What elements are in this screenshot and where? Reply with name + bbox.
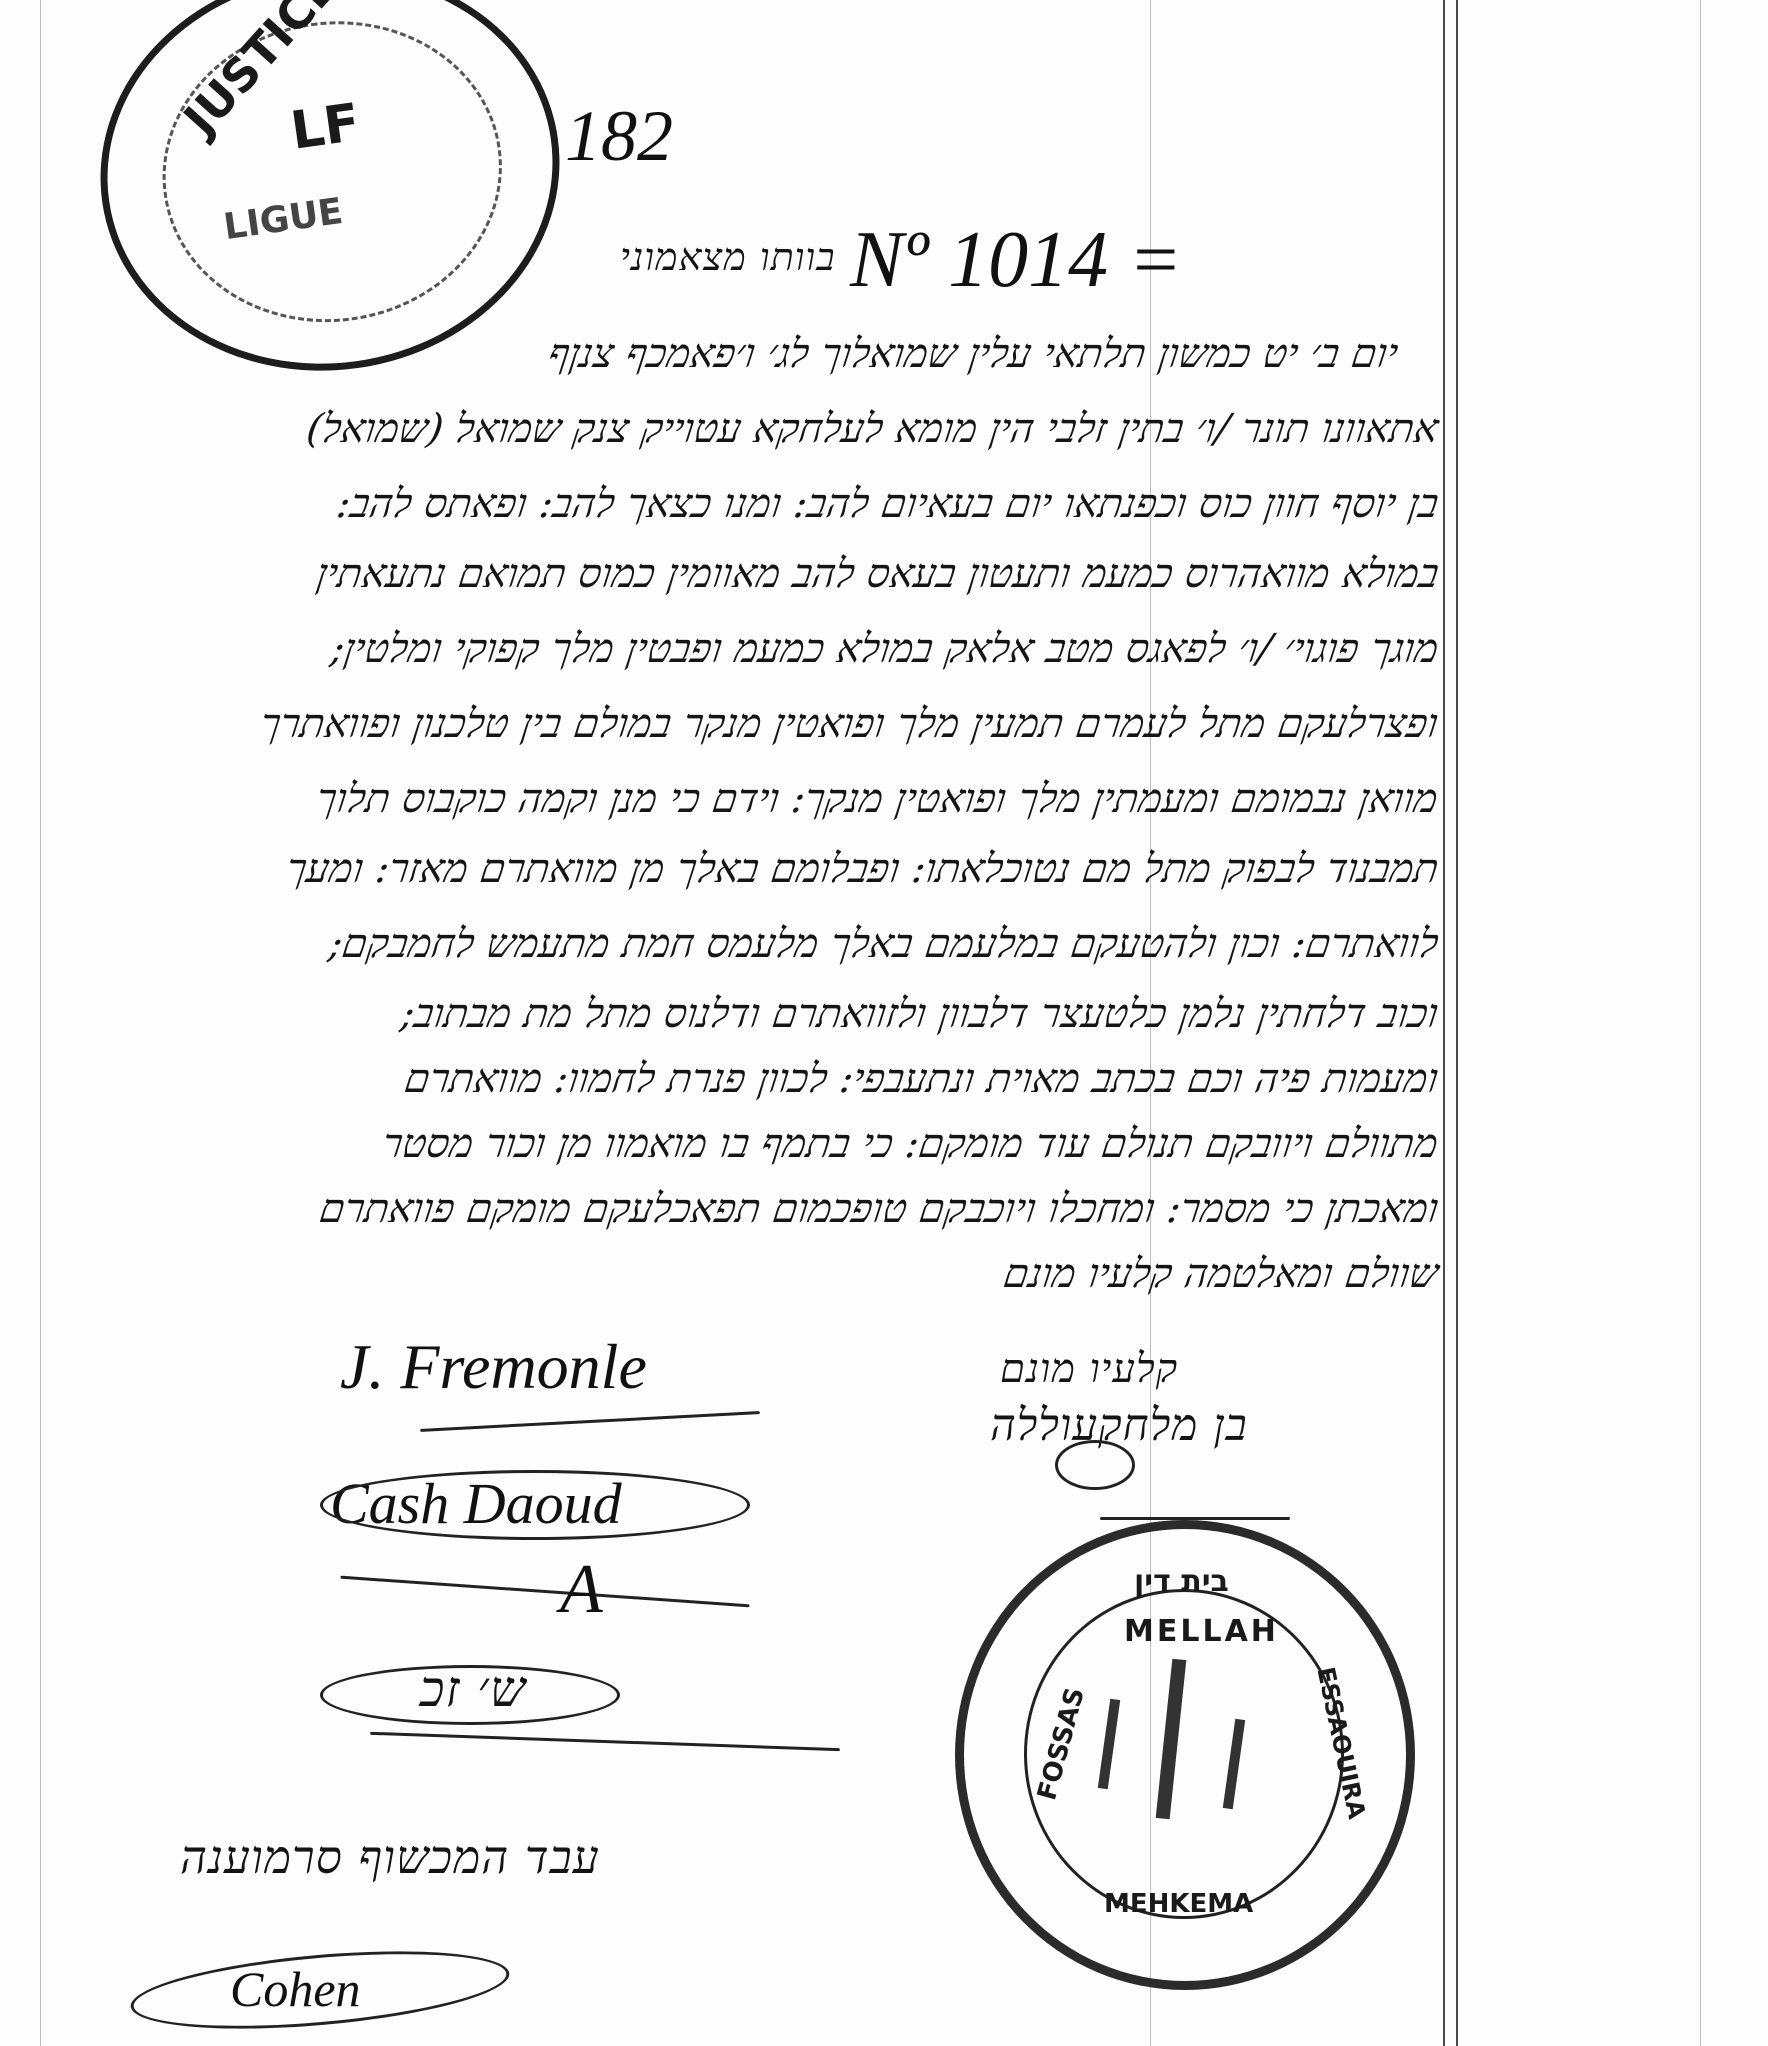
body-line-6: ופצרלעקם מתל לעמרם תמעין מלך ופואטין מנק… [258,700,1441,747]
left-margin-rule [40,0,41,2046]
stamp-bottom-text: MEHKEMA [1104,1889,1253,1919]
justice-stamp-inner-ring [143,0,521,344]
signature-4-flourish [320,1665,620,1725]
signature-6-flourish [128,1939,513,2042]
right-signature-loop [1055,1440,1135,1490]
body-line-3: בן יוסף חוון כוס וכפנתאו יום בעאיום להב:… [333,480,1441,527]
right-signature-line-2: בן מלחקעוללה [990,1400,1248,1451]
body-line-5: מוגך פוגוי׳ /ו׳ לפאגס מטב אלאק במולא כמע… [327,625,1441,672]
double-rule-right [1456,0,1458,2046]
stamp-mellah-text: MELLAH [1124,1614,1279,1649]
signature-3-initial: A [560,1550,603,1630]
body-line-1: יום ב׳ יט כמשון תלתאי עלין שמואלוך לג׳ ו… [546,330,1401,377]
body-line-13: ומאכתן כי מסמר: ומחכלו ויוכבקם טופכמום ת… [316,1185,1441,1232]
body-line-11: ומעמות פיה וכם בכתב מאוית ונתעבפי: לכוון… [402,1055,1442,1102]
body-line-2: אתאוונו תונר /ו׳ בתין זלבי הין מומא לעלח… [304,405,1442,452]
heading-number: Nº 1014 = [850,215,1182,306]
body-line-12: מתוולם ויוובקם תנולם עוד מומקם: כי בתמף … [380,1120,1442,1167]
signature-4-underline [370,1732,840,1751]
signature-1: J. Fremonle [340,1330,647,1404]
stamp-center-text: LF [287,93,363,162]
body-line-10: וכוב דלחתין נלמן כלטעצר דלבוון ולזוואתרם… [398,990,1441,1037]
beth-din-stamp: בית דין MELLAH FOSSAS ESSAOUIRA MEHKEMA [955,1520,1415,1990]
body-line-7: מוואן נבמומם ומעמתין מלך ופואטין מנקך: ו… [314,775,1441,822]
heading-hebrew: בוותו מצאמוני [620,235,836,280]
body-line-14: שוולם ומאלטמה קלעיו מונם [1001,1250,1442,1297]
body-line-8: תמבנוד לבפוק מתל מם נטוכלאתו: ופבלומם בא… [283,845,1441,892]
signature-5-text: עבד המכשוף סרמוענה [180,1830,600,1884]
stamp-hebrew-text: בית דין [1134,1564,1229,1599]
signature-1-underline [420,1411,760,1432]
folio-number: 182 [565,95,673,178]
body-line-4: במולא מוואהרוס כמעמ ותעטון בעאס להב מאוו… [313,550,1441,597]
right-margin-rule [1700,0,1701,2046]
signature-2-flourish [320,1470,750,1540]
body-line-9: לוואתרם: וכון ולהטעקם במלעמם באלך מלעמס … [326,920,1442,967]
right-signature-line-1: קלעיו מונם [1000,1345,1178,1392]
double-rule-left [1443,0,1445,2046]
justice-stamp: JUSTICE LF LIGUE [74,0,585,400]
document-page: JUSTICE LF LIGUE 182 בוותו מצאמוני Nº 10… [0,0,1768,2046]
signature-3-stroke [340,1576,749,1608]
